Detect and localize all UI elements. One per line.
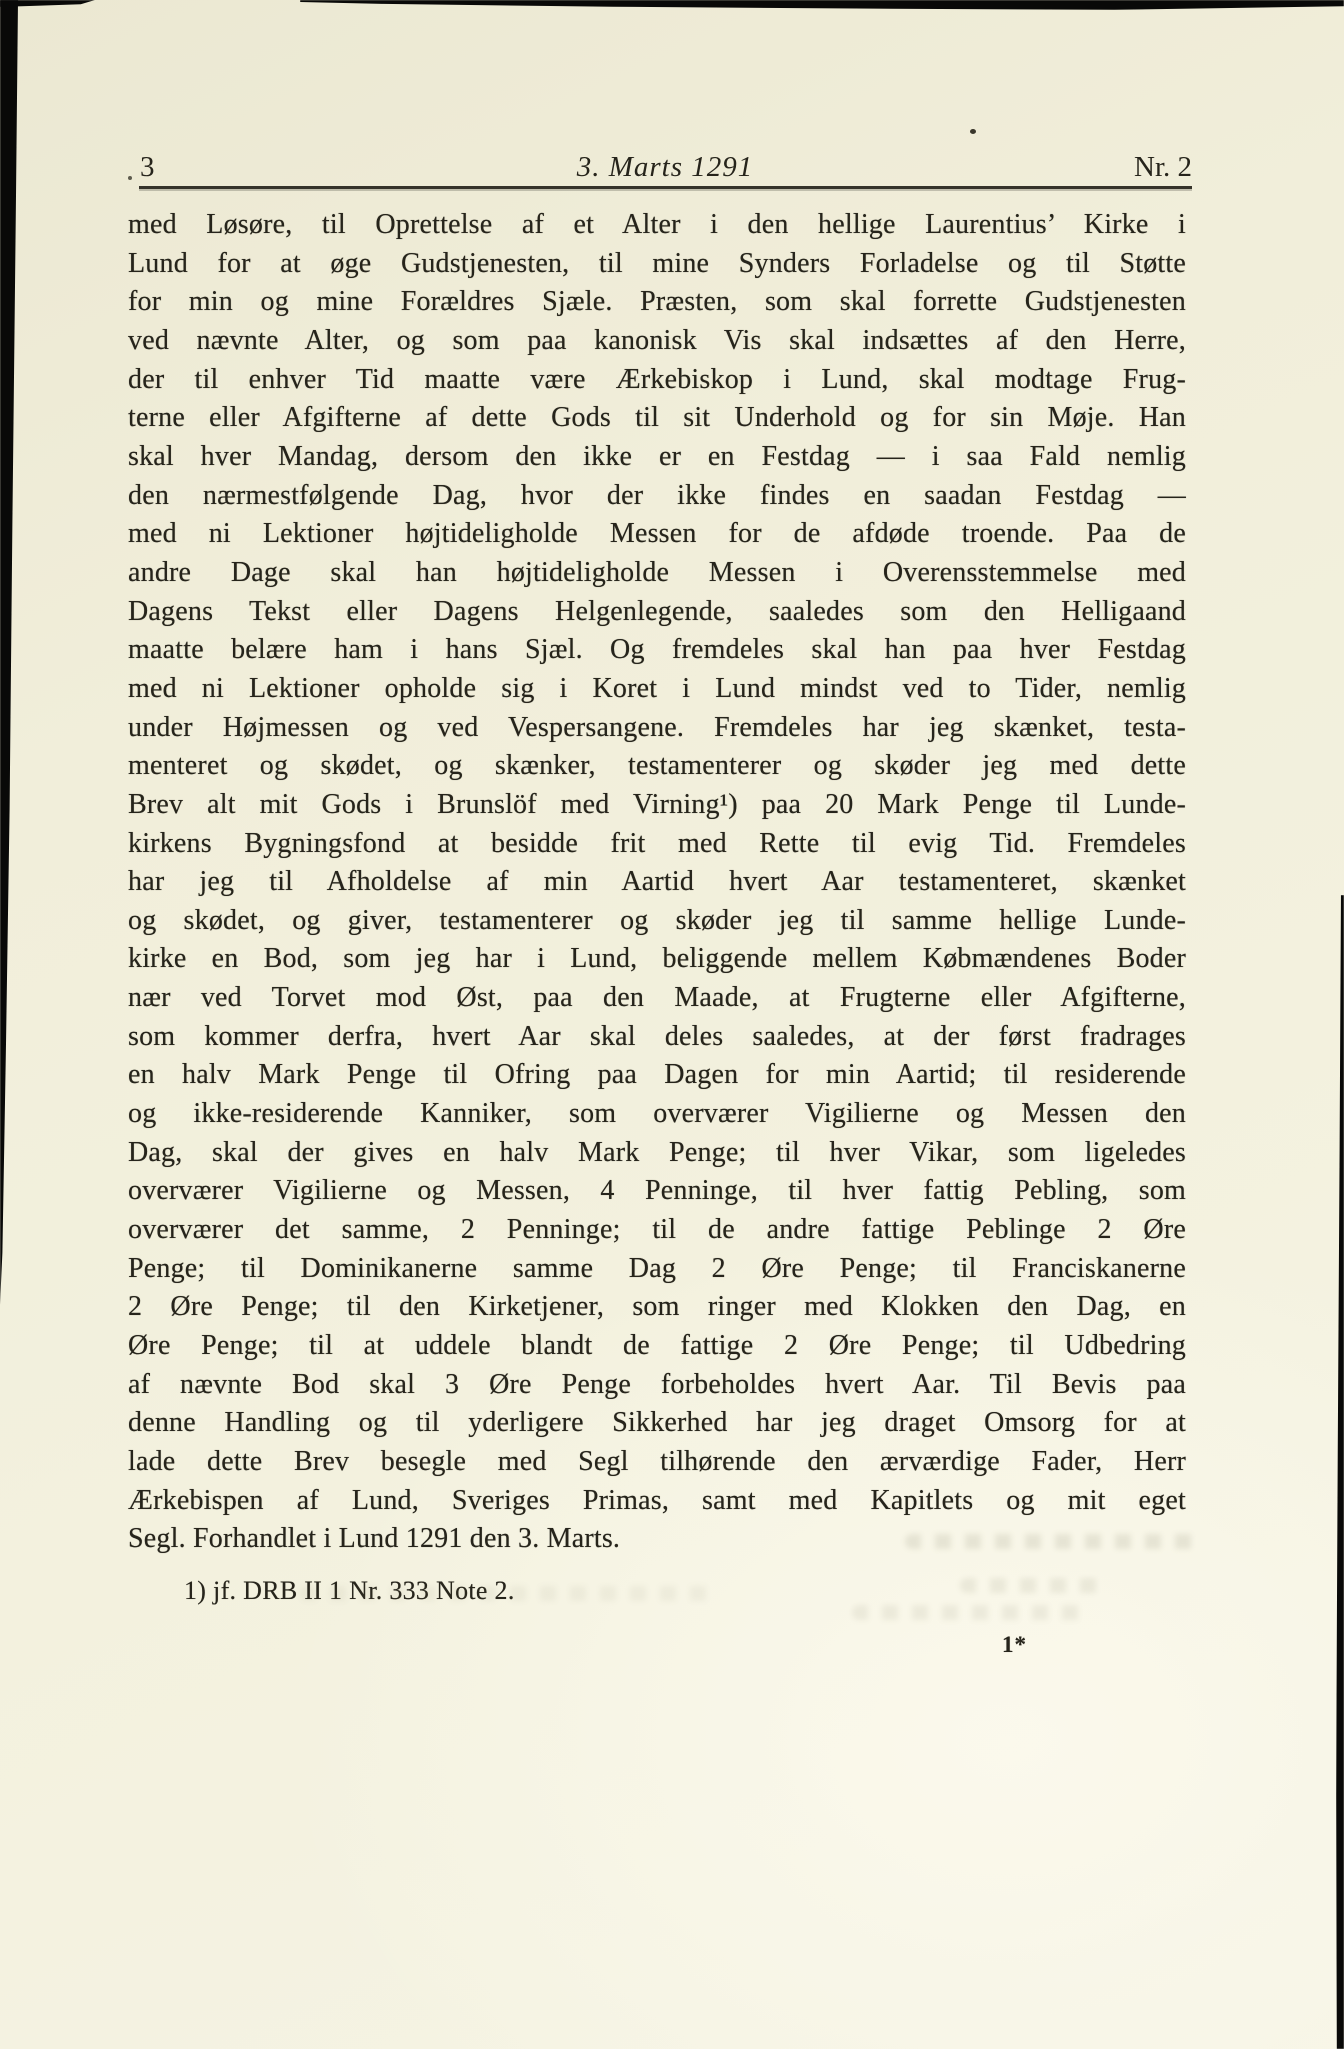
signature-mark: 1* bbox=[1002, 1632, 1027, 1658]
scan-artifact-right-bar bbox=[1336, 895, 1344, 2049]
text-line: en halv Mark Penge til Ofring paa Dagen … bbox=[128, 1056, 1186, 1095]
text-line: kirke en Bod, som jeg har i Lund, beligg… bbox=[128, 940, 1186, 979]
scan-artifact-top-bar bbox=[300, 0, 1344, 14]
header-rule bbox=[139, 186, 1192, 189]
dust-speck bbox=[128, 176, 132, 180]
text-line: Segl. Forhandlet i Lund 1291 den 3. Mart… bbox=[128, 1520, 1186, 1559]
scan-artifact-left-bar bbox=[0, 0, 20, 1305]
text-line: den nærmestfølgende Dag, hvor der ikke f… bbox=[128, 477, 1186, 516]
text-line: overværer Vigilierne og Messen, 4 Pennin… bbox=[128, 1172, 1186, 1211]
text-line: Brev alt mit Gods i Brunslöf med Virning… bbox=[128, 786, 1186, 825]
text-line: 2 Øre Penge; til den Kirketjener, som ri… bbox=[128, 1288, 1186, 1327]
text-line: og skødet, og giver, testamenterer og sk… bbox=[128, 902, 1186, 941]
text-line: Penge; til Dominikanerne samme Dag 2 Øre… bbox=[128, 1250, 1186, 1289]
footnote: 1) jf. DRB II 1 Nr. 333 Note 2. bbox=[184, 1574, 1084, 1608]
text-line: menteret og skødet, og skænker, testamen… bbox=[128, 747, 1186, 786]
document-body: med Løsøre, til Oprettelse af et Alter i… bbox=[128, 206, 1186, 1559]
text-line: lade dette Brev besegle med Segl tilhøre… bbox=[128, 1443, 1186, 1482]
text-line: med ni Lektioner højtideligholde Messen … bbox=[128, 515, 1186, 554]
text-line: har jeg til Afholdelse af min Aartid hve… bbox=[128, 863, 1186, 902]
text-line: Ærkebispen af Lund, Sveriges Primas, sam… bbox=[128, 1482, 1186, 1521]
dust-speck bbox=[970, 129, 976, 134]
running-title: 3. Marts 1291 bbox=[138, 148, 1192, 186]
text-line: med Løsøre, til Oprettelse af et Alter i… bbox=[128, 206, 1186, 245]
text-line: terne eller Afgifterne af dette Gods til… bbox=[128, 399, 1186, 438]
text-line: maatte belære ham i hans Sjæl. Og fremde… bbox=[128, 631, 1186, 670]
text-line: denne Handling og til yderligere Sikkerh… bbox=[128, 1404, 1186, 1443]
text-line: kirkens Bygningsfond at besidde frit med… bbox=[128, 825, 1186, 864]
text-line: med ni Lektioner opholde sig i Koret i L… bbox=[128, 670, 1186, 709]
page-header: 3 3. Marts 1291 Nr. 2 bbox=[138, 148, 1192, 186]
text-line: Lund for at øge Gudstjenesten, til mine … bbox=[128, 245, 1186, 284]
text-line: for min og mine Forældres Sjæle. Præsten… bbox=[128, 283, 1186, 322]
text-line: andre Dage skal han højtideligholde Mess… bbox=[128, 554, 1186, 593]
text-line: Øre Penge; til at uddele blandt de fatti… bbox=[128, 1327, 1186, 1366]
text-line: overværer det samme, 2 Penninge; til de … bbox=[128, 1211, 1186, 1250]
text-line: Dagens Tekst eller Dagens Helgenlegende,… bbox=[128, 593, 1186, 632]
text-line: nær ved Torvet mod Øst, paa den Maade, a… bbox=[128, 979, 1186, 1018]
document-number: Nr. 2 bbox=[1134, 148, 1192, 186]
text-line: skal hver Mandag, dersom den ikke er en … bbox=[128, 438, 1186, 477]
text-line: der til enhver Tid maatte være Ærkebisko… bbox=[128, 361, 1186, 400]
text-line: ved nævnte Alter, og som paa kanonisk Vi… bbox=[128, 322, 1186, 361]
text-line: som kommer derfra, hvert Aar skal deles … bbox=[128, 1018, 1186, 1057]
text-line: under Højmessen og ved Vespersangene. Fr… bbox=[128, 709, 1186, 748]
scanned-book-page: 3 3. Marts 1291 Nr. 2 med Løsøre, til Op… bbox=[0, 0, 1344, 2049]
text-line: Dag, skal der gives en halv Mark Penge; … bbox=[128, 1134, 1186, 1173]
text-line: af nævnte Bod skal 3 Øre Penge forbehold… bbox=[128, 1366, 1186, 1405]
text-line: og ikke-residerende Kanniker, som overvæ… bbox=[128, 1095, 1186, 1134]
